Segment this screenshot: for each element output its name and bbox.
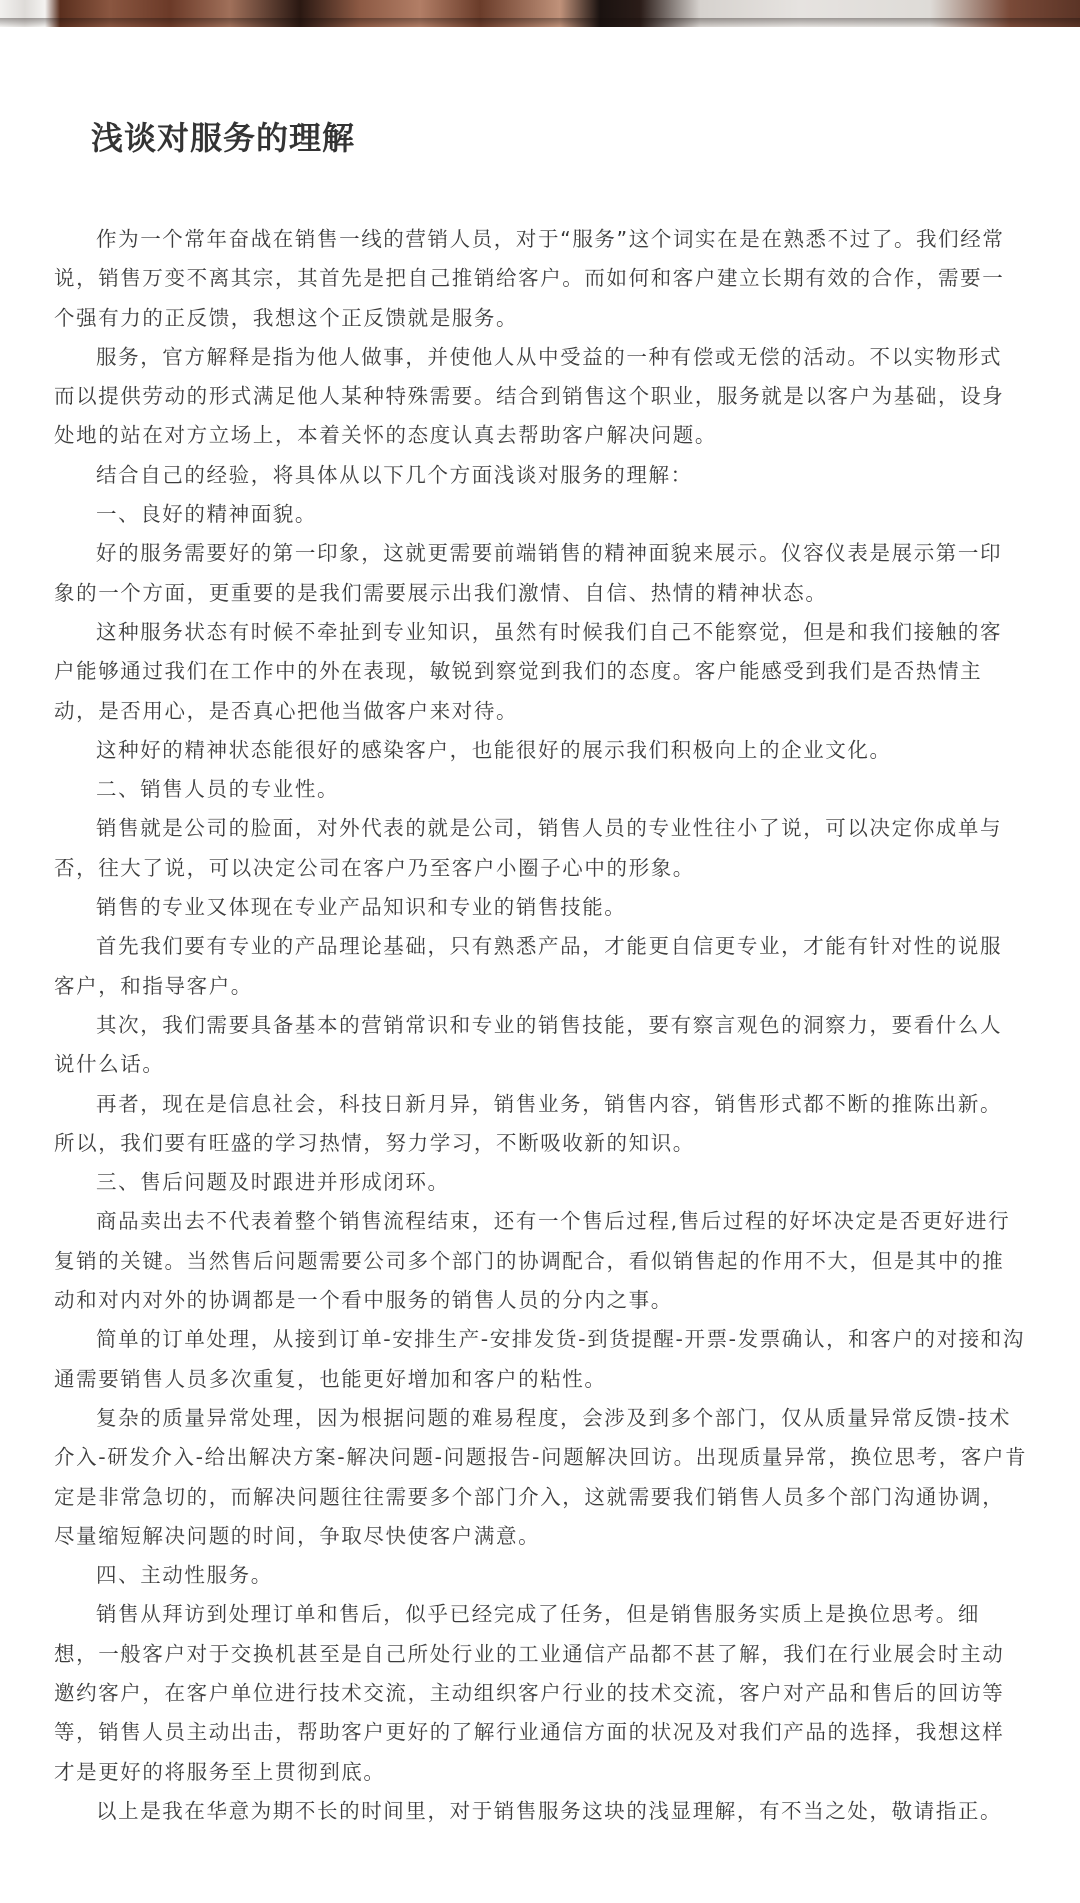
text-line: 等，销售人员主动出击，帮助客户更好的了解行业通信方面的状况及对我们产品的选择，我… [54, 1713, 1029, 1752]
text-line: 户能够通过我们在工作中的外在表现，敏锐到察觉到我们的态度。客户能感受到我们是否热… [54, 652, 1029, 691]
text-line: 服务，官方解释是指为他人做事，并使他人从中受益的一种有偿或无偿的活动。不以实物形… [54, 338, 1029, 377]
text-line: 再者，现在是信息社会，科技日新月异，销售业务，销售内容，销售形式都不断的推陈出新… [54, 1085, 1029, 1124]
text-line: 才是更好的将服务至上贯彻到底。 [54, 1753, 1029, 1792]
section-heading: 二、销售人员的专业性。 [54, 770, 1029, 809]
text-line: 这种服务状态有时候不牵扯到专业知识，虽然有时候我们自己不能察觉，但是和我们接触的… [54, 613, 1029, 652]
text-line: 处地的站在对方立场上，本着关怀的态度认真去帮助客户解决问题。 [54, 416, 1029, 455]
text-line: 而以提供劳动的形式满足他人某种特殊需要。结合到销售这个职业，服务就是以客户为基础… [54, 377, 1029, 416]
text-line: 简单的订单处理，从接到订单-安排生产-安排发货-到货提醒-开票-发票确认，和客户… [54, 1320, 1029, 1359]
text-line: 结合自己的经验，将具体从以下几个方面浅谈对服务的理解： [54, 456, 1029, 495]
text-line: 首先我们要有专业的产品理论基础，只有熟悉产品，才能更自信更专业，才能有针对性的说… [54, 927, 1029, 966]
text-line: 复杂的质量异常处理，因为根据问题的难易程度，会涉及到多个部门，仅从质量异常反馈-… [54, 1399, 1029, 1438]
text-line: 象的一个方面，更重要的是我们需要展示出我们激情、自信、热情的精神状态。 [54, 574, 1029, 613]
text-line: 动和对内对外的协调都是一个看中服务的销售人员的分内之事。 [54, 1281, 1029, 1320]
text-line: 介入-研发介入-给出解决方案-解决问题-问题报告-问题解决回访。出现质量异常，换… [54, 1438, 1029, 1477]
text-line: 好的服务需要好的第一印象，这就更需要前端销售的精神面貌来展示。仪容仪表是展示第一… [54, 534, 1029, 573]
text-line: 动，是否用心，是否真心把他当做客户来对待。 [54, 692, 1029, 731]
text-line: 销售就是公司的脸面，对外代表的就是公司，销售人员的专业性往小了说，可以决定你成单… [54, 809, 1029, 848]
text-line: 其次，我们需要具备基本的营销常识和专业的销售技能，要有察言观色的洞察力，要看什么… [54, 1006, 1029, 1045]
text-line: 销售的专业又体现在专业产品知识和专业的销售技能。 [54, 888, 1029, 927]
text-line: 否，往大了说，可以决定公司在客户乃至客户小圈子心中的形象。 [54, 849, 1029, 888]
text-line: 个强有力的正反馈，我想这个正反馈就是服务。 [54, 299, 1029, 338]
text-line: 销售从拜访到处理订单和售后，似乎已经完成了任务，但是销售服务实质上是换位思考。细 [54, 1595, 1029, 1634]
text-line: 作为一个常年奋战在销售一线的营销人员，对于“服务”这个词实在是在熟悉不过了。我们… [54, 220, 1029, 259]
text-line: 客户，和指导客户。 [54, 967, 1029, 1006]
text-line: 说什么话。 [54, 1045, 1029, 1084]
text-line: 想，一般客户对于交换机甚至是自己所处行业的工业通信产品都不甚了解，我们在行业展会… [54, 1635, 1029, 1674]
closing-line: 以上是我在华意为期不长的时间里，对于销售服务这块的浅显理解，有不当之处，敬请指正… [54, 1792, 1029, 1831]
article-body: 作为一个常年奋战在销售一线的营销人员，对于“服务”这个词实在是在熟悉不过了。我们… [54, 220, 1029, 1831]
text-line: 商品卖出去不代表着整个销售流程结束，还有一个售后过程,售后过程的好坏决定是否更好… [54, 1202, 1029, 1241]
page-title: 浅谈对服务的理解 [91, 118, 355, 158]
text-line: 所以，我们要有旺盛的学习热情，努力学习，不断吸收新的知识。 [54, 1124, 1029, 1163]
text-line: 复销的关键。当然售后问题需要公司多个部门的协调配合，看似销售起的作用不大，但是其… [54, 1242, 1029, 1281]
section-heading: 一、良好的精神面貌。 [54, 495, 1029, 534]
text-line: 通需要销售人员多次重复，也能更好增加和客户的粘性。 [54, 1360, 1029, 1399]
section-heading: 三、售后问题及时跟进并形成闭环。 [54, 1163, 1029, 1202]
text-line: 邀约客户，在客户单位进行技术交流，主动组织客户行业的技术交流，客户对产品和售后的… [54, 1674, 1029, 1713]
header-book-photo [0, 0, 1080, 27]
text-line: 尽量缩短解决问题的时间，争取尽快使客户满意。 [54, 1517, 1029, 1556]
text-line: 定是非常急切的，而解决问题往往需要多个部门介入，这就需要我们销售人员多个部门沟通… [54, 1478, 1029, 1517]
section-heading: 四、主动性服务。 [54, 1556, 1029, 1595]
text-line: 说，销售万变不离其宗，其首先是把自己推销给客户。而如何和客户建立长期有效的合作，… [54, 259, 1029, 298]
text-line: 这种好的精神状态能很好的感染客户，也能很好的展示我们积极向上的企业文化。 [54, 731, 1029, 770]
